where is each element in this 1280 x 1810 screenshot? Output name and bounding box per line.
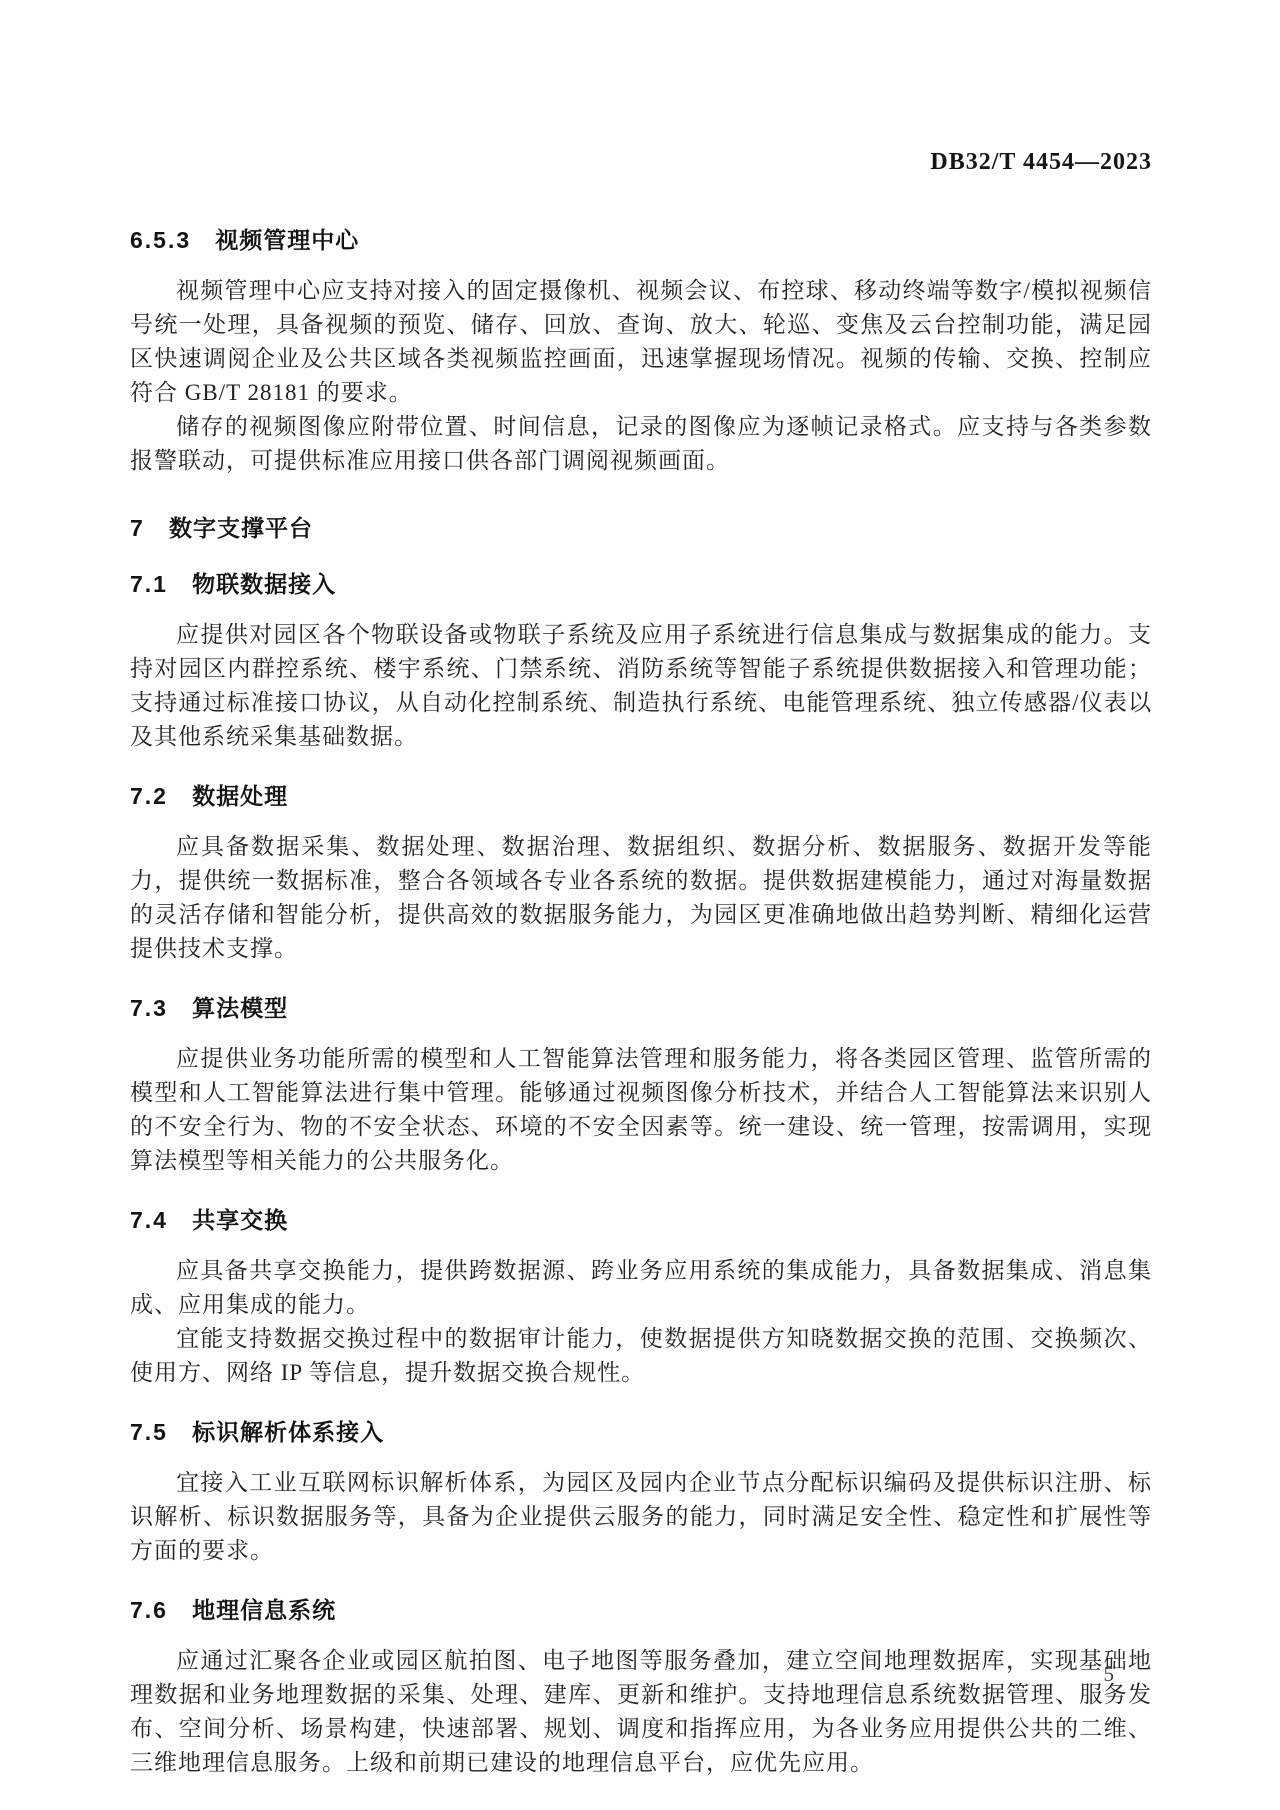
section-number: 6.5.3 (130, 227, 191, 253)
standard-number: DB32/T 4454—2023 (930, 149, 1152, 175)
section-number: 7.4 (130, 1207, 168, 1233)
section-title: 算法模型 (192, 995, 288, 1021)
section-heading: 7.2数据处理 (130, 782, 1152, 810)
section-heading: 7.5标识解析体系接入 (130, 1418, 1152, 1446)
section-7-5: 7.5标识解析体系接入 宜接入工业互联网标识解析体系，为园区及园内企业节点分配标… (130, 1418, 1152, 1568)
section-7-3: 7.3算法模型 应提供业务功能所需的模型和人工智能算法管理和服务能力，将各类园区… (130, 994, 1152, 1178)
section-7-6: 7.6地理信息系统 应通过汇聚各企业或园区航拍图、电子地图等服务叠加，建立空间地… (130, 1596, 1152, 1780)
paragraph: 宜接入工业互联网标识解析体系，为园区及园内企业节点分配标识编码及提供标识注册、标… (130, 1466, 1152, 1568)
section-heading: 7.4共享交换 (130, 1206, 1152, 1234)
document-body: 6.5.3视频管理中心 视频管理中心应支持对接入的固定摄像机、视频会议、布控球、… (130, 226, 1152, 1780)
paragraph: 应通过汇聚各企业或园区航拍图、电子地图等服务叠加，建立空间地理数据库，实现基础地… (130, 1644, 1152, 1780)
section-number: 7.1 (130, 571, 168, 597)
section-heading: 6.5.3视频管理中心 (130, 226, 1152, 254)
paragraph: 应提供业务功能所需的模型和人工智能算法管理和服务能力，将各类园区管理、监管所需的… (130, 1042, 1152, 1178)
document-page: DB32/T 4454—2023 6.5.3视频管理中心 视频管理中心应支持对接… (0, 0, 1280, 1810)
chapter-heading: 7数字支撑平台 (130, 514, 1152, 542)
paragraph: 储存的视频图像应附带位置、时间信息，记录的图像应为逐帧记录格式。应支持与各类参数… (130, 410, 1152, 478)
section-number: 7.3 (130, 995, 168, 1021)
section-7: 7数字支撑平台 (130, 514, 1152, 542)
paragraph: 应具备共享交换能力，提供跨数据源、跨业务应用系统的集成能力，具备数据集成、消息集… (130, 1254, 1152, 1322)
section-heading: 7.6地理信息系统 (130, 1596, 1152, 1624)
section-7-4: 7.4共享交换 应具备共享交换能力，提供跨数据源、跨业务应用系统的集成能力，具备… (130, 1206, 1152, 1390)
section-title: 物联数据接入 (192, 571, 336, 597)
paragraph: 视频管理中心应支持对接入的固定摄像机、视频会议、布控球、移动终端等数字/模拟视频… (130, 274, 1152, 410)
page-number: 5 (1104, 1662, 1115, 1686)
section-number: 7.6 (130, 1597, 168, 1623)
section-heading: 7.3算法模型 (130, 994, 1152, 1022)
chapter-title: 数字支撑平台 (169, 515, 313, 541)
section-title: 视频管理中心 (215, 227, 359, 253)
section-title: 共享交换 (192, 1207, 288, 1233)
section-number: 7.2 (130, 783, 168, 809)
section-title: 地理信息系统 (192, 1597, 336, 1623)
chapter-number: 7 (130, 515, 145, 541)
section-7-2: 7.2数据处理 应具备数据采集、数据处理、数据治理、数据组织、数据分析、数据服务… (130, 782, 1152, 966)
paragraph: 应提供对园区各个物联设备或物联子系统及应用子系统进行信息集成与数据集成的能力。支… (130, 618, 1152, 754)
section-title: 标识解析体系接入 (192, 1419, 384, 1445)
document-header: DB32/T 4454—2023 (130, 148, 1152, 176)
paragraph: 应具备数据采集、数据处理、数据治理、数据组织、数据分析、数据服务、数据开发等能力… (130, 830, 1152, 966)
section-7-1: 7.1物联数据接入 应提供对园区各个物联设备或物联子系统及应用子系统进行信息集成… (130, 570, 1152, 754)
section-title: 数据处理 (192, 783, 288, 809)
section-heading: 7.1物联数据接入 (130, 570, 1152, 598)
section-6-5-3: 6.5.3视频管理中心 视频管理中心应支持对接入的固定摄像机、视频会议、布控球、… (130, 226, 1152, 478)
paragraph: 宜能支持数据交换过程中的数据审计能力，使数据提供方知晓数据交换的范围、交换频次、… (130, 1322, 1152, 1390)
section-number: 7.5 (130, 1419, 168, 1445)
